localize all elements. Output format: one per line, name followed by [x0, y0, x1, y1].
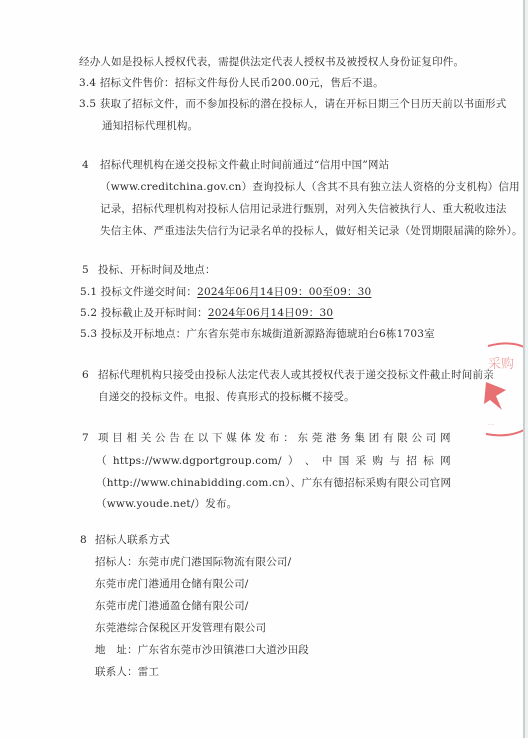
char: 购 — [376, 476, 387, 490]
char: 网 — [440, 476, 451, 490]
section-5-title: 投标、开标时间及地点： — [98, 263, 216, 277]
char: 官 — [430, 476, 441, 490]
char: 告 — [169, 431, 180, 445]
address-line: 地 址：广东省东莞市沙田镇港口大道沙田段 — [95, 643, 309, 657]
char: 以 — [198, 431, 209, 445]
company-2-line: 东莞市虎门港通用仓储有限公司/ — [95, 577, 249, 591]
section-6-line1: 招标代理机构只接受由投标人法定代表人或其授权代表于递交投标文件截止时间前亲 — [98, 368, 494, 382]
submission-time-value: 2024年06月14日09：00至09：30 — [197, 286, 371, 298]
char: 有 — [383, 431, 394, 445]
char: 体 — [241, 431, 252, 445]
section-8-title: 招标人联系方式 — [95, 533, 170, 547]
section-5-number: 5 — [82, 263, 89, 277]
clause-3-5-line1: 3.5 获取了招标文件，而不参加投标的潜在投标人，请在开标日期三个日历天前以书面… — [79, 97, 506, 111]
char: 限 — [398, 476, 409, 490]
char: 司 — [419, 476, 430, 490]
char: 发 — [255, 431, 266, 445]
char: 采 — [366, 476, 377, 490]
char: 标 — [423, 454, 434, 468]
char: 网 — [440, 454, 451, 468]
section-7-number: 7 — [82, 431, 89, 445]
char: 限 — [397, 431, 408, 445]
section-7-line4: （www.youde.net/）发布。 — [96, 497, 237, 511]
char: 莞 — [312, 431, 323, 445]
clause-3-5-line2: 通知招标代理机构。 — [102, 119, 198, 133]
clause-5-3: 5.3 投标及开标地点：广东省东莞市东城街道新源路海德琥珀台6栋1703室 — [80, 327, 435, 341]
char: 网 — [440, 431, 451, 445]
separator: 、 — [305, 454, 316, 468]
chinabidding-url: （http://www.chinabidding.com.cn）、 — [96, 476, 301, 490]
char: 购 — [373, 454, 384, 468]
section-6-line2: 自递交的投标文件。电报、传真形式的投标概不接受。 — [98, 390, 355, 404]
char: 团 — [369, 431, 380, 445]
char: 东 — [298, 431, 309, 445]
dgportgroup-url: https://www.dgportgroup.com/ — [113, 454, 282, 468]
char: 项 — [98, 431, 109, 445]
company-4-line: 东莞港综合保税区开发管理有限公司 — [95, 621, 266, 635]
clause-5-2-label: 5.2 投标截止及开标时间： — [80, 307, 208, 319]
char: 目 — [112, 431, 123, 445]
applicant-authorization-note: 经办人如是投标人授权代表，需提供法定代表人授权书及被授权人身份证复印件。 — [79, 55, 464, 69]
char: 公 — [155, 431, 166, 445]
char: 招 — [406, 454, 417, 468]
clause-3-4: 3.4 招标文件售价：招标文件每份人民币200.00元，售后不退。 — [79, 76, 384, 90]
section-7-line1: 项 目 相 关 公 告 在 以 下 媒 体 发 布 ： 东 莞 港 务 集 团 … — [98, 431, 451, 445]
char: 国 — [339, 454, 350, 468]
char: 在 — [184, 431, 195, 445]
char: 采 — [356, 454, 367, 468]
clause-5-1-label: 5.1 投标文件递交时间： — [80, 286, 197, 298]
char: ： — [283, 431, 294, 445]
char: 相 — [127, 431, 138, 445]
char: 下 — [212, 431, 223, 445]
section-6-number: 6 — [82, 368, 89, 382]
char: 有 — [387, 476, 398, 490]
paren-open: （ — [96, 454, 107, 468]
char: 公 — [408, 476, 419, 490]
char: 德 — [333, 476, 344, 490]
paren-close: ） — [288, 454, 299, 468]
char: 标 — [355, 476, 366, 490]
char: 务 — [340, 431, 351, 445]
tenderer-line: 招标人：东莞市虎门港国际物流有限公司/ — [95, 555, 291, 569]
char: 招 — [344, 476, 355, 490]
section-4-number: 4 — [82, 158, 89, 172]
char: 媒 — [226, 431, 237, 445]
char: 港 — [326, 431, 337, 445]
section-7-line2: （ https://www.dgportgroup.com/ ） 、 中 国 采… — [96, 454, 451, 468]
company-3-line: 东莞市虎门港通盈仓储有限公司/ — [95, 599, 249, 613]
section-8-number: 8 — [80, 533, 87, 547]
clause-5-2: 5.2 投标截止及开标时间：2024年06月14日09：30 — [80, 306, 333, 320]
section-4-line1: 招标代理机构在递交投标文件截止时间前通过“信用中国”网站 — [100, 158, 389, 172]
clause-5-1: 5.1 投标文件递交时间：2024年06月14日09：00至09：30 — [80, 285, 371, 299]
red-seal-stamp-icon: 采购 ····· — [482, 338, 528, 448]
char: 布 — [269, 431, 280, 445]
char: 东 — [312, 476, 323, 490]
char: 集 — [355, 431, 366, 445]
char: 广 — [301, 476, 312, 490]
char: 有 — [323, 476, 334, 490]
char: 公 — [412, 431, 423, 445]
char: 司 — [426, 431, 437, 445]
contact-line: 联系人：雷工 — [95, 665, 159, 679]
section-7-line3: （http://www.chinabidding.com.cn）、 广 东 有 … — [96, 476, 451, 490]
section-4-line4: 失信主体、严重违法失信行为记录名单的投标人，做好相关记录（处罚期限届满的除外）。 — [100, 224, 523, 238]
section-4-line2: （www.creditchina.gov.cn）查询投标人（含其不具有独立法人资… — [100, 180, 520, 194]
deadline-opening-time-value: 2024年06月14日09：30 — [208, 307, 333, 319]
char: 中 — [322, 454, 333, 468]
char: 关 — [141, 431, 152, 445]
char: 与 — [389, 454, 400, 468]
document-page: 经办人如是投标人授权代表，需提供法定代表人授权书及被授权人身份证复印件。 3.4… — [0, 0, 524, 738]
svg-text:·····: ····· — [488, 422, 494, 427]
section-4-line3: 记录，招标代理机构对投标人信用记录进行甄别，对列入失信被执行人、重大税收违法 — [100, 202, 507, 216]
